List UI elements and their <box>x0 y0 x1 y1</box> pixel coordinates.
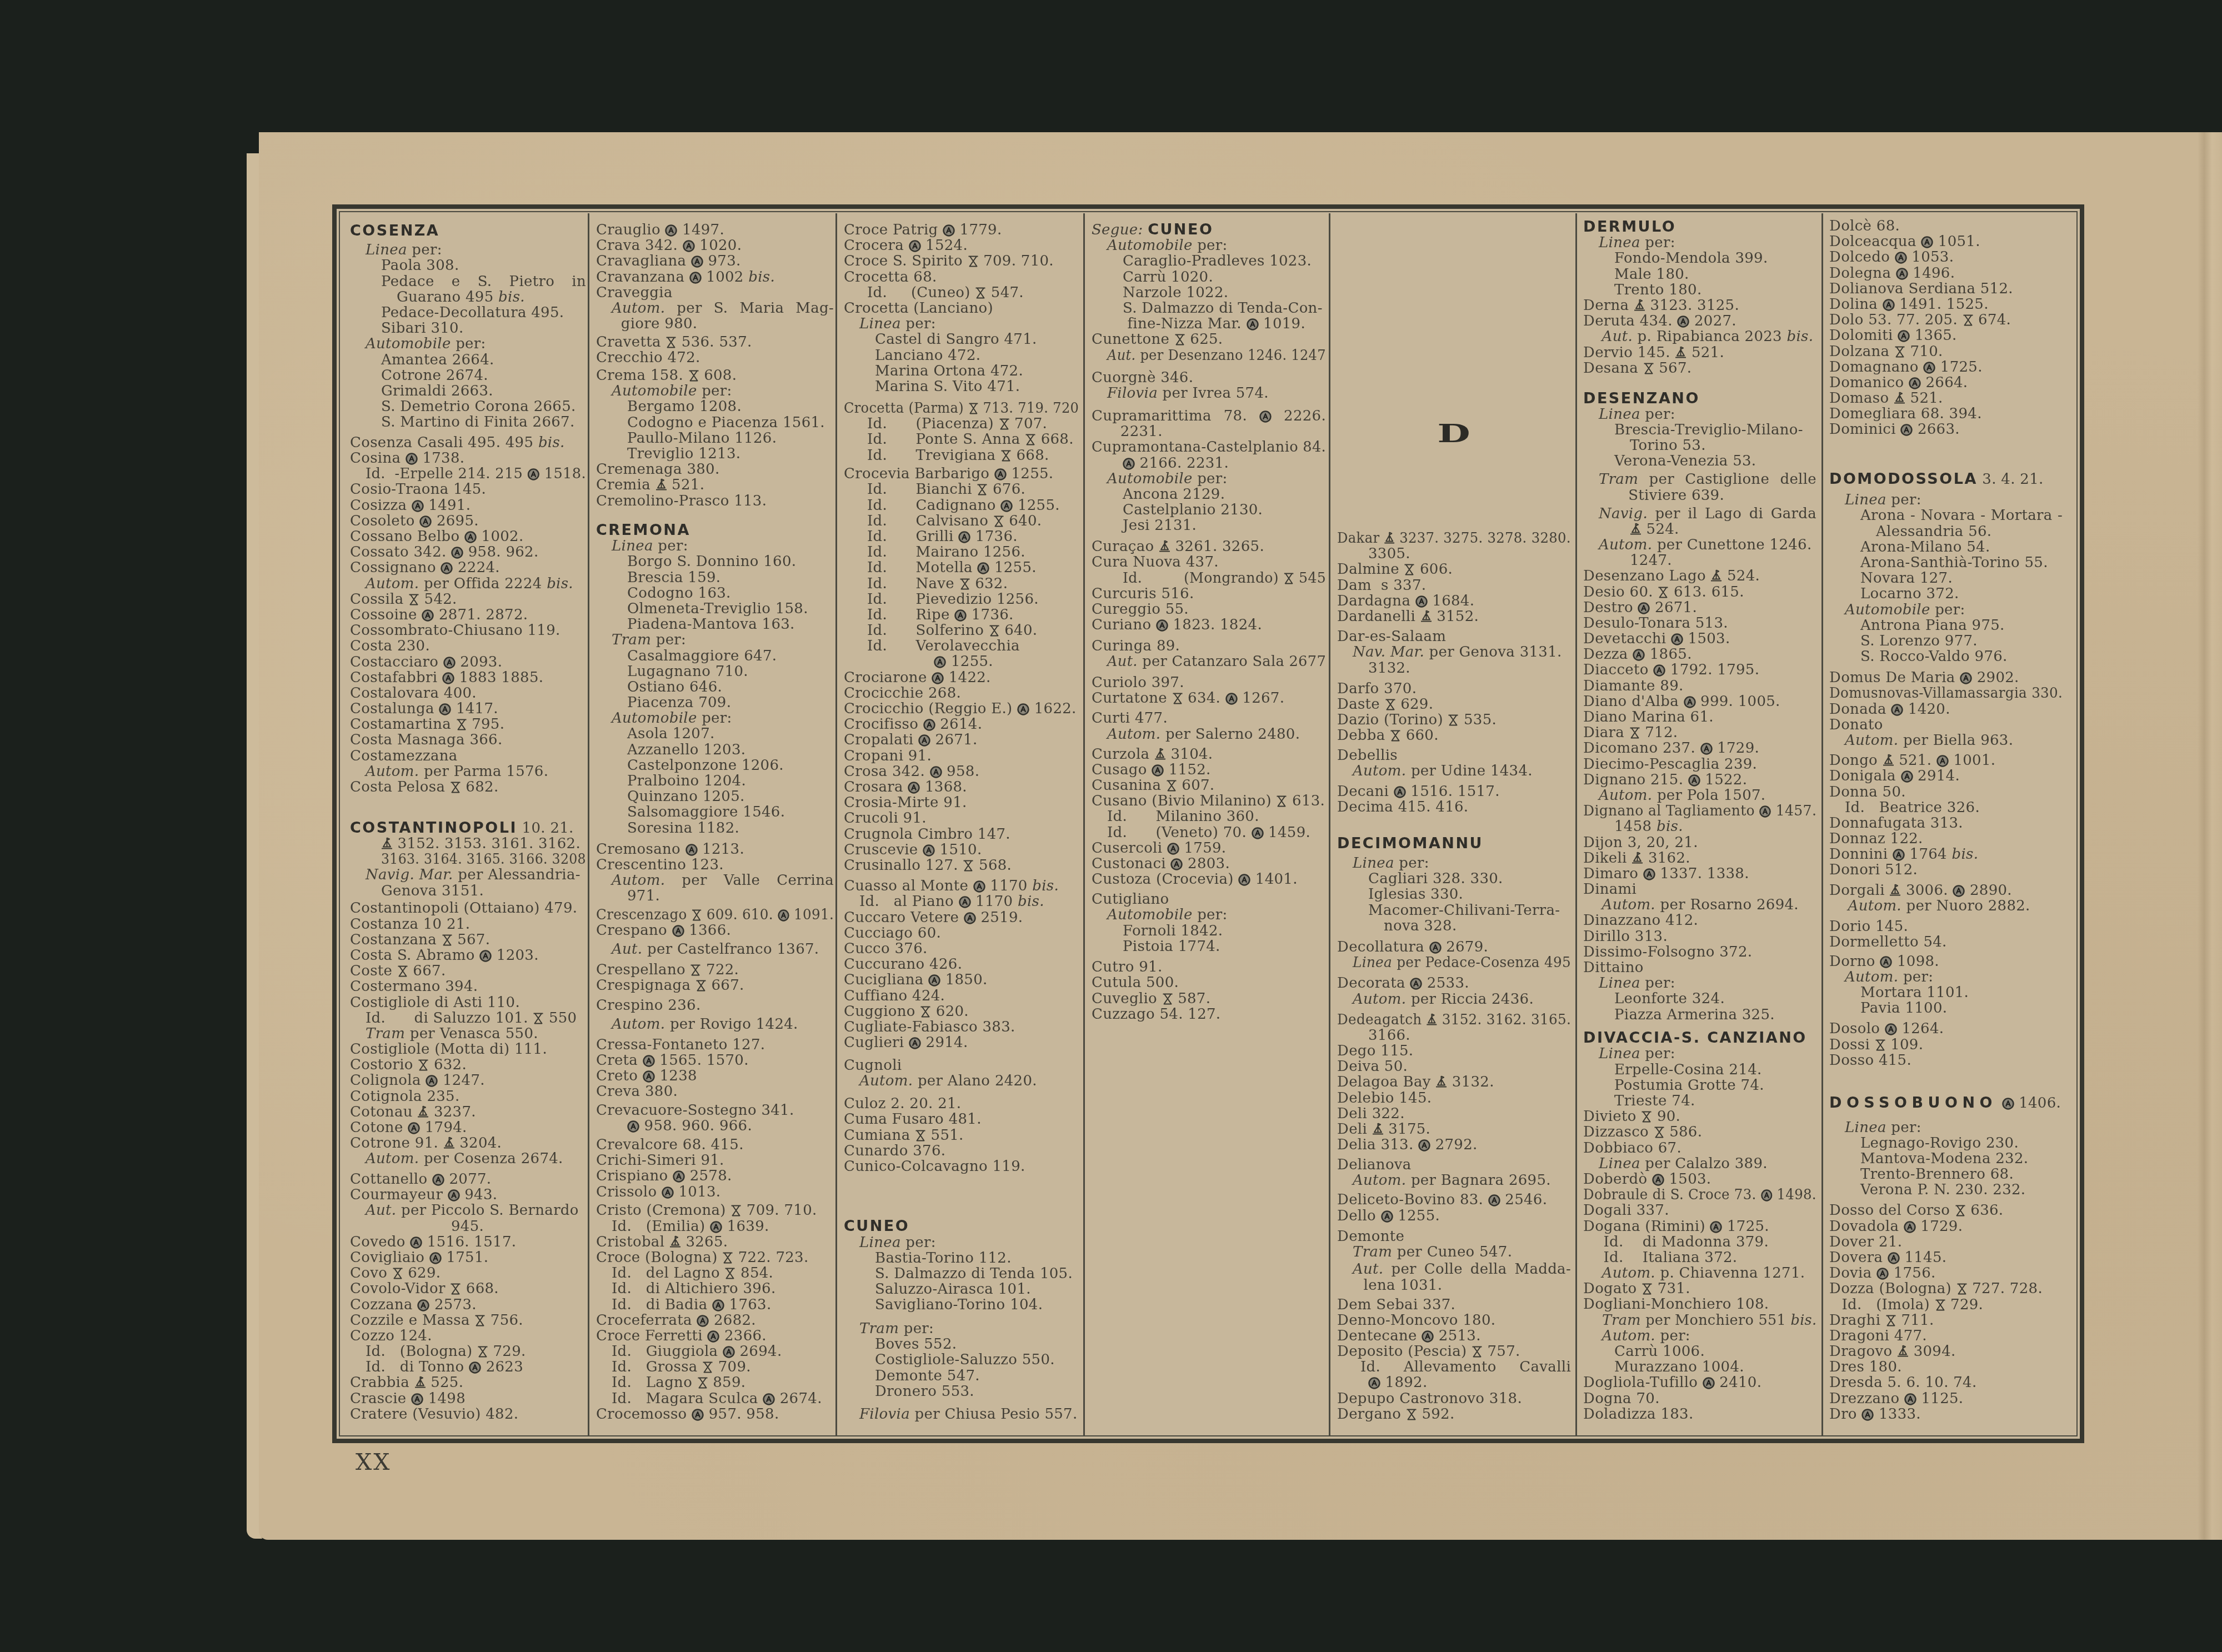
index-entry: Cupramontana-Castelplanio 84. <box>1092 439 1326 455</box>
index-subentry: Fondo-Mendola 399. <box>1583 251 1816 266</box>
entry-line: Coste 667. <box>350 963 446 979</box>
entry-text: Cutro 91. <box>1092 959 1162 975</box>
entry-text: 1759. <box>1179 840 1227 857</box>
tramway-icon <box>477 1345 488 1358</box>
index-entry: Costanza 10 21. <box>350 917 586 932</box>
index-column-3: Croce Patrig 1779.Crocera 1524.Croce S. … <box>844 222 1079 1422</box>
entry-text: Pralboino 1204. <box>627 773 746 789</box>
entry-text: 2890. <box>1965 882 2012 899</box>
entry-text: Crociarone <box>844 669 932 686</box>
automobile-service-icon <box>1761 1189 1773 1202</box>
entry-text: 1763. <box>724 1296 772 1313</box>
index-entry: Crabbia 525. <box>350 1375 586 1390</box>
entry-text: Debellis <box>1337 747 1398 764</box>
entry-text: Dragovo <box>1829 1343 1897 1360</box>
entry-text: Ancona 2129. <box>1123 486 1225 503</box>
index-entry: Curcuris 516. <box>1092 586 1326 602</box>
index-subentry: Stiviere 639. <box>1583 488 1816 503</box>
entry-spacer <box>350 795 586 820</box>
automobile-service-icon <box>1653 664 1665 677</box>
entry-text: per: <box>1640 406 1675 423</box>
entry-line: S. Martino di Finita 2667. <box>381 414 574 430</box>
entry-line: Cucciago 60. <box>844 925 941 941</box>
entry-spacer <box>1829 1068 2063 1095</box>
entry-text: per Biella 963. <box>1898 732 2013 749</box>
entry-line: Debba 660. <box>1337 728 1439 743</box>
entry-line: Demonte <box>1337 1229 1404 1244</box>
index-entry: Courmayeur 943. <box>350 1187 586 1203</box>
entry-text: Curtatone <box>1092 690 1172 707</box>
entry-text: S. Dalmazzo di Tenda 105. <box>875 1265 1073 1282</box>
entry-text: 3261. 3265. <box>1170 538 1264 555</box>
entry-text: Deli 322. <box>1337 1105 1405 1122</box>
entry-line: Crocicchio (Reggio E.) 1622. <box>844 701 1077 717</box>
entry-line: 3163. 3164. 3165. 3166. 3208 <box>381 852 586 867</box>
entry-text: 620. <box>931 1003 969 1020</box>
automobile-service-icon <box>1700 743 1713 755</box>
index-subentry: Linea per: <box>1583 975 1816 991</box>
tramway-icon <box>915 1129 926 1142</box>
entry-text: 1503. <box>1683 630 1730 647</box>
entry-line: Cupramontana-Castelplanio 84. <box>1092 439 1326 455</box>
index-subentry: Autom. per Offida 2224 bis. <box>350 576 586 592</box>
index-subentry: Pedace-Decollatura 495. <box>350 305 586 321</box>
index-entry: Dicomano 237. 1729. <box>1583 740 1816 756</box>
index-entry: Costalovara 400. <box>350 685 586 701</box>
entry-text: 1491. 1525. <box>1895 296 1989 313</box>
entry-line: Costa 230. <box>350 638 430 654</box>
service-label: Tram <box>1599 471 1638 488</box>
tramway-icon <box>1956 1283 1968 1295</box>
index-entry: Cotonau 3237. <box>350 1104 586 1120</box>
entry-line: Dazio (Torino) 535. <box>1337 712 1497 728</box>
automobile-service-icon <box>1921 236 1933 248</box>
entry-text: 586. <box>1665 1124 1703 1140</box>
entry-text: per: <box>451 336 486 352</box>
entry-line: Dignano al Tagliamento 1457. <box>1583 803 1816 819</box>
entry-text: Id. di Badia <box>612 1296 712 1313</box>
entry-text: Croce S. Spirito <box>844 253 968 269</box>
index-entry: Cutro 91. <box>1092 959 1326 975</box>
index-entry: Curzola 3104. <box>1092 747 1326 762</box>
entry-text: Pavia 1100. <box>1860 1000 1947 1017</box>
entry-text: 2803. <box>1183 855 1230 872</box>
entry-text: 1247. <box>438 1072 485 1089</box>
automobile-service-icon <box>662 1187 674 1199</box>
index-entry: Destro 2671. <box>1583 600 1816 615</box>
index-subentry: Carrù 1020. <box>1092 269 1326 285</box>
entry-text: Craveggia <box>596 284 673 301</box>
index-subentry: Id. di Tonno 2623 <box>350 1359 586 1375</box>
index-subentry: Olmeneta-Treviglio 158. <box>596 601 834 617</box>
entry-text: 756. <box>486 1312 523 1329</box>
entry-text: Novara 127. <box>1860 570 1953 587</box>
service-label: Aut. <box>1602 328 1633 345</box>
entry-line: Stiviere 639. <box>1628 488 1724 503</box>
entry-line: Tram per: <box>859 1321 934 1336</box>
entry-text: 567. <box>1654 360 1692 377</box>
index-subentry: Autom. per Salerno 2480. <box>1092 727 1326 742</box>
entry-text: Divieto <box>1583 1108 1641 1125</box>
index-entry: Curiolo 397. <box>1092 675 1326 690</box>
entry-text: per: <box>407 242 442 258</box>
entry-line: Crosa 342. 958. <box>844 764 979 779</box>
entry-line: Cossato 342. 958. 962. <box>350 544 538 560</box>
index-entry: Dizzasco 586. <box>1583 1124 1816 1140</box>
entry-text: Crescenzago <box>596 907 692 923</box>
automobile-service-icon <box>1017 703 1029 715</box>
entry-line: Crascie 1498 <box>350 1391 466 1406</box>
entry-line: Cosio-Traona 145. <box>350 482 486 497</box>
index-entry: Dovadola 1729. <box>1829 1219 2063 1234</box>
entry-text: 1238 <box>655 1068 697 1084</box>
entry-line: DESENZANO <box>1583 391 1700 407</box>
entry-line: 971. <box>627 888 660 904</box>
automobile-service-icon <box>1238 874 1250 886</box>
entry-line: Cozzile e Massa 756. <box>350 1313 523 1328</box>
entry-line: Bergamo 1208. <box>627 399 742 414</box>
index-entry: Cratere (Vesuvio) 482. <box>350 1406 586 1422</box>
entry-line: COSENZA <box>350 223 439 239</box>
entry-text: Bastia-Torino 112. <box>875 1250 1012 1266</box>
entry-line: Cuorgnè 346. <box>1092 370 1193 386</box>
entry-line: Dovera 1145. <box>1829 1250 1946 1265</box>
index-subentry: Automobile per: <box>1092 907 1326 923</box>
index-subentry: Id. Verolavecchia <box>844 638 1079 654</box>
entry-line: Crocetta (Lanciano) <box>844 301 993 316</box>
automobile-service-icon <box>627 1120 639 1133</box>
entry-text: Codogno e Piacenza 1561. <box>627 414 825 431</box>
entry-text: Domaso <box>1829 390 1894 407</box>
automobile-service-icon <box>406 453 418 465</box>
entry-line: Locarno 372. <box>1860 586 1959 602</box>
entry-text: Arona-Santhià-Torino 55. <box>1860 554 2048 571</box>
entry-text: S. Rocco-Valdo 976. <box>1860 648 2008 665</box>
index-subentry: Id. Calvisano 640. <box>844 513 1079 529</box>
navigation-ship-icon <box>1675 346 1686 359</box>
index-entry: Crescenzago 609. 610. 1091. <box>596 907 834 923</box>
index-entry: Costigliole di Asti 110. <box>350 995 586 1010</box>
entry-text: Cuma Fusaro 481. <box>844 1111 982 1128</box>
entry-line: Macomer-Chilivani-Terra- <box>1368 903 1560 918</box>
entry-text: Id. Grossa <box>612 1359 702 1375</box>
entry-line: Id. Solferino 640. <box>867 623 1037 638</box>
entry-line: Id. Verolavecchia <box>867 638 1020 654</box>
service-label: Linea <box>1599 1155 1640 1172</box>
index-entry: Dar-es-Salaam <box>1337 629 1571 644</box>
entry-line: Id. di Altichiero 396. <box>612 1281 776 1296</box>
heading-text: DERMULO <box>1583 218 1676 236</box>
entry-text: Casalmaggiore 647. <box>627 648 777 664</box>
entry-line: Id. (Imola) 729. <box>1841 1297 1983 1313</box>
automobile-service-icon <box>1368 1377 1380 1389</box>
index-entry: Croce S. Spirito 709. 710. <box>844 253 1079 269</box>
entry-line: Croce Ferretti 2366. <box>596 1328 767 1344</box>
entry-text: Curcuris 516. <box>1092 585 1194 602</box>
entry-text: Costantinopoli (Ottaiano) 479. <box>350 900 577 917</box>
index-subentry: Autom. per Cunettone 1246. <box>1583 537 1816 553</box>
index-entry: Curiano 1823. 1824. <box>1092 617 1326 633</box>
index-entry: Crascie 1498 <box>350 1391 586 1406</box>
entry-text: Id. Pievedizio 1256. <box>867 591 1039 608</box>
index-entry: Dobraule di S. Croce 73. 1498. <box>1583 1187 1816 1203</box>
entry-text: Domagnano <box>1829 359 1923 376</box>
index-column-1: COSENZALinea per:Paola 308.Pedace e S. P… <box>350 223 586 1422</box>
automobile-service-icon <box>683 240 695 252</box>
entry-text: Cuveglio <box>1092 990 1162 1007</box>
index-entry: Dogali 337. <box>1583 1203 1816 1218</box>
index-entry: Dam s 337. <box>1337 578 1571 593</box>
index-entry: Crespino 236. <box>596 998 834 1013</box>
entry-text: Cruscevie <box>844 842 923 858</box>
tramway-icon <box>692 909 702 922</box>
entry-line: DERMULO <box>1583 219 1676 235</box>
automobile-service-icon <box>723 1346 735 1358</box>
entry-line: Cristo (Cremona) 709. 710. <box>596 1203 817 1218</box>
entry-line: Id. Lagno 859. <box>612 1375 745 1390</box>
service-label: bis. <box>1790 1312 1816 1329</box>
entry-line: Cossombrato-Chiusano 119. <box>350 623 560 638</box>
index-subentry: Grimaldi 2663. <box>350 383 586 399</box>
index-entry: Cozzo 124. <box>350 1328 586 1344</box>
service-label: Autom. <box>366 1150 419 1167</box>
entry-line: Id. Cadignano 1255. <box>867 498 1060 513</box>
entry-line: Dogato 731. <box>1583 1281 1690 1296</box>
section-heading: DOSSOBUONO 1406. <box>1829 1095 2063 1111</box>
entry-line: Cuasso al Monte 1170 bis. <box>844 878 1059 894</box>
entry-text: per Monchiero 551 <box>1640 1312 1790 1329</box>
entry-line: Autom. per Bagnara 2695. <box>1353 1173 1551 1188</box>
index-subentry: Treviglio 1213. <box>596 446 834 462</box>
entry-line: Id. di Tonno 2623 <box>366 1359 523 1375</box>
entry-line: Crociarone 1422. <box>844 670 991 685</box>
index-subentry: Id. Trevigiana 668. <box>844 448 1079 463</box>
index-entry: Derna 3123. 3125. <box>1583 298 1816 313</box>
index-subentry: S. Demetrio Corona 2665. <box>350 399 586 414</box>
entry-text: 536. 537. <box>677 334 752 351</box>
tramway-icon <box>1172 692 1183 705</box>
entry-text: 795. <box>467 716 505 733</box>
automobile-service-icon <box>1429 942 1442 954</box>
index-entry: Donna 50. <box>1829 784 2063 800</box>
index-entry: Cremenaga 380. <box>596 462 834 477</box>
heading-text: DIVACCIA-S. CANZIANO <box>1583 1029 1807 1047</box>
service-label: Tram <box>366 1025 405 1042</box>
entry-line: Paullo-Milano 1126. <box>627 430 777 446</box>
index-subentry: Filovia per Ivrea 574. <box>1092 386 1326 401</box>
entry-text: Cugnoli <box>844 1057 902 1074</box>
entry-line: Costalunga 1417. <box>350 701 498 717</box>
entry-text: 2513. <box>1434 1328 1481 1344</box>
index-entry: Dolcedo 1053. <box>1829 249 2063 265</box>
entry-text: 1170 <box>971 893 1018 910</box>
entry-text: Cristobal <box>596 1234 669 1250</box>
index-subentry: Mortara 1101. <box>1829 985 2063 1000</box>
entry-text: per: <box>1886 492 1921 508</box>
tramway-icon <box>1955 1204 1966 1217</box>
index-entry: Cugliate-Fabiasco 383. <box>844 1019 1079 1035</box>
entry-text: 3175. <box>1384 1121 1431 1138</box>
entry-text: 957. 958. <box>704 1406 779 1423</box>
entry-line: Dezza 1865. <box>1583 647 1692 662</box>
entry-text: 1020. <box>695 237 742 254</box>
entry-line: Custonaci 2803. <box>1092 856 1230 872</box>
index-subentry: Piadena-Mantova 163. <box>596 617 834 632</box>
entry-text: 640. <box>1000 622 1038 639</box>
index-entry: Dogliani-Monchiero 108. <box>1583 1296 1816 1312</box>
index-entry: Diano d'Alba 999. 1005. <box>1583 694 1816 709</box>
entry-text: Curaçao <box>1092 538 1159 555</box>
section-heading: DIVACCIA-S. CANZIANO <box>1583 1030 1816 1046</box>
entry-line: Curtatone 634. 1267. <box>1092 690 1284 706</box>
service-label: Autom. <box>1845 969 1898 985</box>
entry-line: Crissolo 1013. <box>596 1184 720 1200</box>
tramway-icon <box>1166 779 1177 792</box>
entry-text: Donigala <box>1829 768 1901 784</box>
index-entry: Deruta 434. 2027. <box>1583 313 1816 329</box>
entry-text: 1255. <box>1013 497 1060 514</box>
entry-text: Ostiano 646. <box>627 679 722 695</box>
index-entry: Demonte <box>1337 1229 1571 1244</box>
automobile-service-icon <box>943 224 955 237</box>
entry-line: Costamartina 795. <box>350 717 504 732</box>
entry-line: Decani 1516. 1517. <box>1337 784 1500 799</box>
entry-line: Dogana (Rimini) 1725. <box>1583 1219 1769 1234</box>
entry-line: CREMONA <box>596 523 690 538</box>
entry-line: 1458 bis. <box>1614 819 1683 834</box>
entry-line: Aut. per Piccolo S. Bernardo <box>366 1203 579 1218</box>
index-entry: Dolomiti 1365. <box>1829 328 2063 343</box>
automobile-service-icon <box>464 531 477 543</box>
index-entry: Decima 415. 416. <box>1337 799 1571 815</box>
entry-line: Autom. per Salerno 2480. <box>1107 727 1300 742</box>
entry-text: Creva 380. <box>596 1083 678 1100</box>
index-entry: Depupo Castronovo 318. <box>1337 1391 1571 1406</box>
service-label: Linea <box>1599 234 1640 251</box>
entry-text: Dergano <box>1337 1406 1406 1423</box>
section-heading: DESENZANO <box>1583 391 1816 407</box>
index-entry: Cosina 1738. <box>350 450 586 466</box>
entry-text: per Cunettone 1246. <box>1652 537 1811 553</box>
entry-line: DOSSOBUONO 1406. <box>1829 1095 2061 1111</box>
entry-spacer <box>1583 376 1816 391</box>
automobile-service-icon <box>1488 1194 1500 1207</box>
index-entry: Crocicchie 268. <box>844 685 1079 701</box>
entry-text: 3132. <box>1368 660 1410 677</box>
entry-line: Costafabbri 1883 1885. <box>350 670 543 685</box>
index-subentry: Id. Ponte S. Anna 668. <box>844 432 1079 447</box>
entry-text: 674. <box>1974 312 2011 328</box>
entry-text: 1459. <box>1264 824 1311 841</box>
entry-text: 2573. <box>429 1296 477 1313</box>
entry-text: Domegliara 68. 394. <box>1829 406 1982 422</box>
entry-line: Croce Patrig 1779. <box>844 222 1002 238</box>
entry-text: Diano d'Alba <box>1583 693 1684 710</box>
index-subentry: Arona - Novara - Mortara - <box>1829 508 2063 523</box>
index-subentry: Arona-Santhià-Torino 55. <box>1829 555 2063 570</box>
entry-text: Crevalcore 68. 415. <box>596 1137 744 1153</box>
entry-line: Dem Sebai 337. <box>1337 1297 1455 1313</box>
entry-text: Cutula 500. <box>1092 974 1179 991</box>
automobile-service-icon <box>1000 500 1013 512</box>
entry-line: Crocevia Barbarigo 1255. <box>844 466 1053 482</box>
entry-line: Dervio 145. 521. <box>1583 345 1724 361</box>
tramway-icon <box>1390 729 1401 742</box>
index-entry: Dardanelli 3152. <box>1337 609 1571 624</box>
entry-text: per: <box>899 1320 934 1337</box>
entry-line: Pralboino 1204. <box>627 773 746 789</box>
entry-line: Dijon 3, 20, 21. <box>1583 835 1698 850</box>
entry-line: Id. Grossa 709. <box>612 1359 751 1375</box>
entry-line: Dedeagatch 3152. 3162. 3165. <box>1337 1012 1571 1028</box>
entry-text: Dovia <box>1829 1265 1876 1281</box>
entry-text: Cucigliana <box>844 972 928 988</box>
entry-text: Dossi <box>1829 1037 1875 1053</box>
automobile-service-icon <box>1677 316 1689 328</box>
index-subentry: Novara 127. <box>1829 570 2063 586</box>
index-subentry: Id. al Piano 1170 bis. <box>844 894 1079 909</box>
index-entry: Dikeli 3162. <box>1583 850 1816 866</box>
entry-text: 1738. <box>418 450 465 467</box>
entry-line: Trieste 74. <box>1614 1093 1695 1109</box>
entry-line: Donigala 2914. <box>1829 768 1960 784</box>
entry-line: Trento 180. <box>1614 282 1701 298</box>
index-subentry: Cagliari 328. 330. <box>1337 871 1571 887</box>
entry-line: S. Dalmazzo di Tenda 105. <box>875 1266 1073 1281</box>
index-entry: Cuasso al Monte 1170 bis. <box>844 878 1079 894</box>
entry-text: Crusinallo 127. <box>844 857 963 874</box>
entry-line: S. Demetrio Corona 2665. <box>381 399 576 414</box>
index-subentry: Automobile per: <box>1092 238 1326 253</box>
entry-line: Caraglio-Pradleves 1023. <box>1123 253 1312 269</box>
entry-text: 1736. <box>970 528 1018 545</box>
index-subentry: Linea per: <box>1337 855 1571 871</box>
entry-text: 1498. <box>1772 1187 1816 1203</box>
entry-text: per Venasca 550. <box>405 1025 538 1042</box>
index-entry: Cusanina 607. <box>1092 778 1326 793</box>
entry-text: Trieste 74. <box>1614 1093 1695 1109</box>
entry-text: 1255. <box>1393 1208 1440 1224</box>
entry-text: Crocetta 68. <box>844 269 937 286</box>
entry-line: Savigliano-Torino 104. <box>875 1297 1043 1313</box>
automobile-service-icon <box>1936 755 1949 767</box>
entry-text: 1522. <box>1700 772 1748 788</box>
index-entry: Coste 667. <box>350 963 586 979</box>
service-label: Linea <box>1353 954 1392 971</box>
entry-text: Covigliaio <box>350 1249 429 1266</box>
index-subentry: Autom. per Biella 963. <box>1829 733 2063 748</box>
section-heading: COSTANTINOPOLI 10. 21. <box>350 820 586 836</box>
entry-line: Autom. per Rosarno 2694. <box>1602 897 1799 913</box>
automobile-service-icon <box>469 1361 481 1374</box>
index-subentry: Aut. p. Ripabianca 2023 bis. <box>1583 329 1816 344</box>
entry-text: Dresda 5. 6. 10. 74. <box>1829 1374 1977 1391</box>
entry-line: Id. (Cuneo) 547. <box>867 285 1024 301</box>
entry-text: Delagoa Bay <box>1337 1074 1435 1090</box>
entry-text: Trento-Brennero 68. <box>1860 1166 2014 1183</box>
index-subentry: Verona P. N. 230. 232. <box>1829 1182 2063 1198</box>
entry-line: Azzanello 1203. <box>627 742 745 758</box>
entry-text: Cotonau <box>350 1104 417 1120</box>
index-subentry: Id. (Imola) 729. <box>1829 1297 2063 1313</box>
entry-text: nova 328. <box>1384 918 1457 934</box>
entry-text: Id. (Veneto) 70. <box>1107 824 1252 841</box>
index-entry: Dresda 5. 6. 10. 74. <box>1829 1375 2063 1390</box>
entry-spacer <box>1829 438 2063 472</box>
entry-line: Antrona Piana 975. <box>1860 618 2005 633</box>
index-subentry: Id. (Mongrando) 545 <box>1092 570 1326 586</box>
automobile-service-icon <box>412 500 424 512</box>
